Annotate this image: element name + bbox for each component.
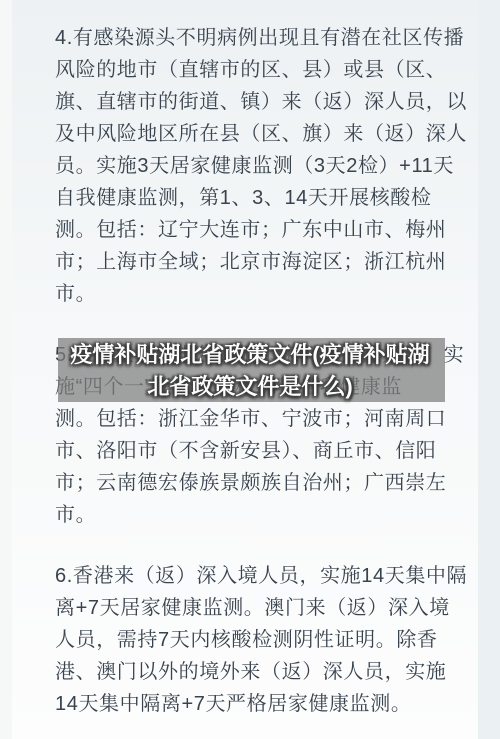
text-line: 市。 (55, 278, 455, 310)
page-gutter-right (478, 0, 500, 739)
text-line: 疫情补贴湖北省政策文件(疫情补贴湖 (40, 339, 460, 371)
text-line: 人员，需持7天内核酸检测阴性证明。除香 (55, 624, 455, 656)
text-line: 港、澳门以外的境外来（返）深人员，实施 (55, 656, 455, 688)
text-line: 员。实施3天居家健康监测（3天2检）+11天 (55, 150, 455, 182)
text-line: 市、洛阳市（不含新安县）、商丘市、信阳 (55, 435, 455, 467)
text-line: 市；云南德宏傣族景颇族自治州；广西崇左 (55, 467, 455, 499)
text-line: 市；上海市全域；北京市海淀区；浙江杭州 (55, 246, 455, 278)
page-gutter-left (0, 0, 12, 739)
text-line: 14天集中隔离+7天严格居家健康监测。 (55, 688, 455, 720)
article-page: 4.有感染源头不明病例出现且有潜在社区传播风险的地市（直辖市的区、县）或县（区、… (0, 0, 500, 739)
text-line: 自我健康监测，第1、3、14天开展核酸检 (55, 182, 455, 214)
text-line: 测。包括：辽宁大连市；广东中山市、梅州 (55, 214, 455, 246)
text-line: 风险的地市（直辖市的区、县）或县（区、 (55, 54, 455, 86)
paragraph-6: 6.香港来（返）深入境人员，实施14天集中隔离+7天居家健康监测。澳门来（返）深… (55, 560, 455, 720)
text-line: 测。包括：浙江金华市、宁波市；河南周口 (55, 403, 455, 435)
text-line: 北省政策文件是什么) (40, 371, 460, 403)
text-line: 及中风险地区所在县（区、旗）来（返）深人 (55, 118, 455, 150)
text-line: 离+7天居家健康监测。澳门来（返）深入境 (55, 592, 455, 624)
watermark-title: 疫情补贴湖北省政策文件(疫情补贴湖北省政策文件是什么) (40, 339, 460, 403)
text-line: 6.香港来（返）深入境人员，实施14天集中隔 (55, 560, 455, 592)
text-line: 市。 (55, 499, 455, 531)
text-line: 旗、直辖市的街道、镇）来（返）深人员，以 (55, 86, 455, 118)
paragraph-4: 4.有感染源头不明病例出现且有潜在社区传播风险的地市（直辖市的区、县）或县（区、… (55, 22, 455, 310)
text-line: 4.有感染源头不明病例出现且有潜在社区传播 (55, 22, 455, 54)
